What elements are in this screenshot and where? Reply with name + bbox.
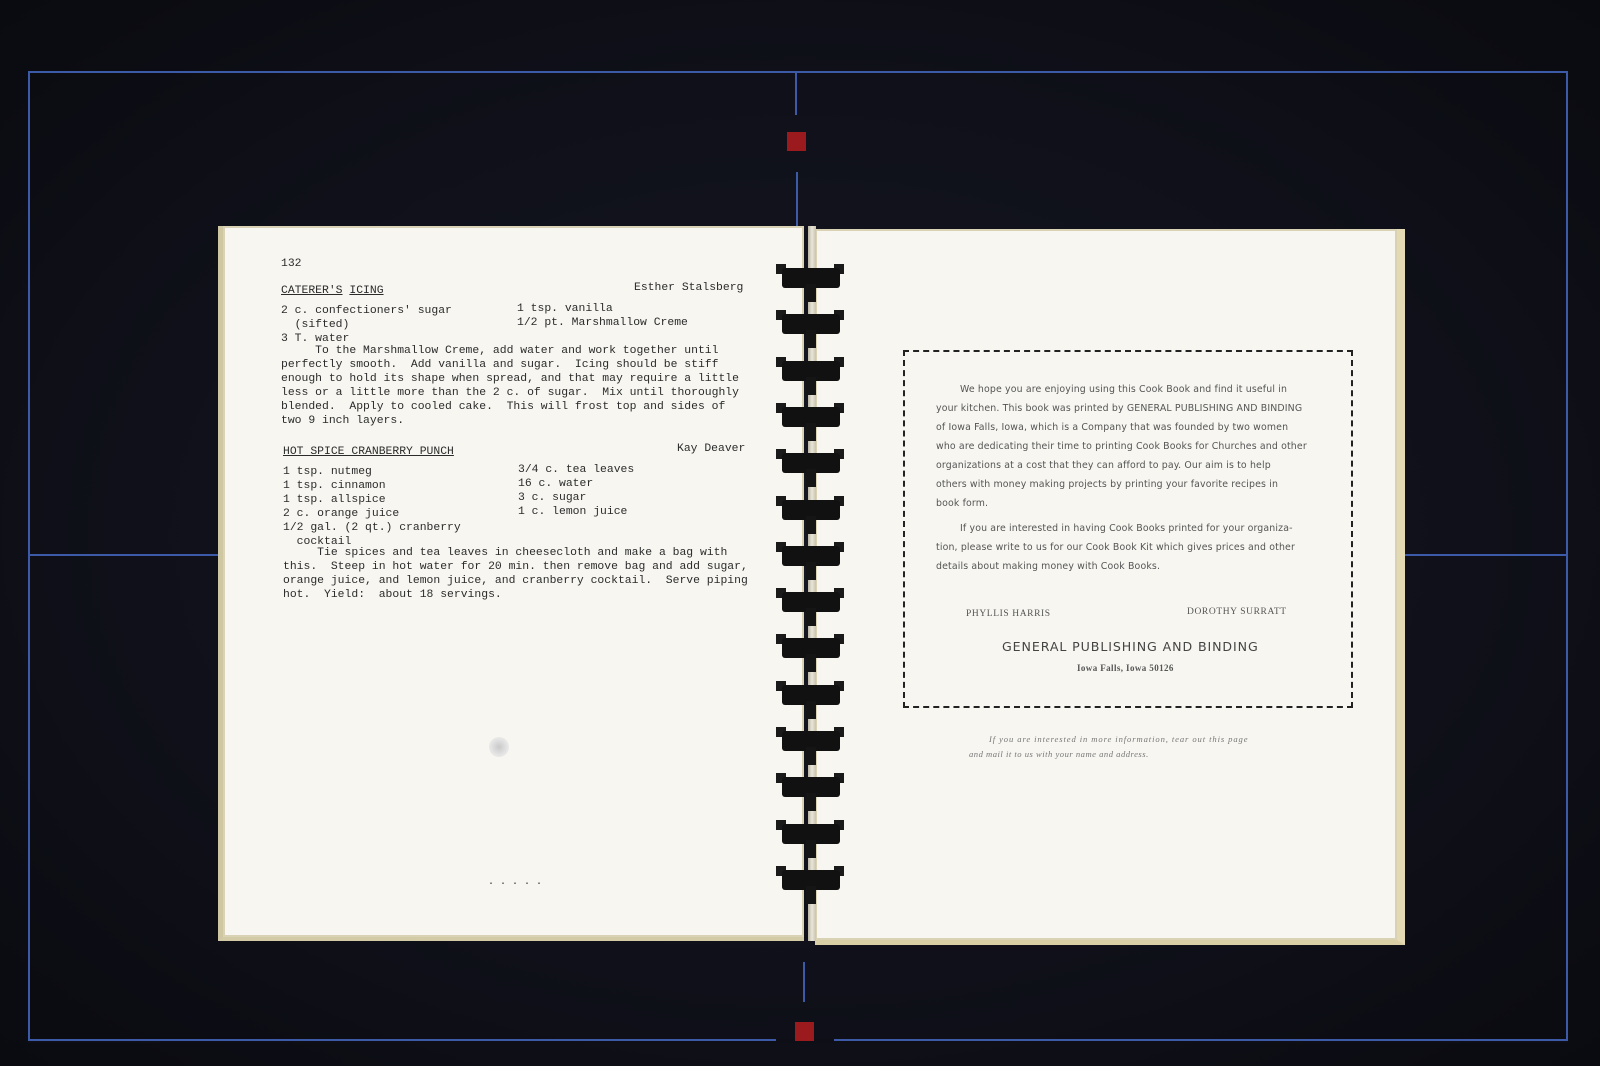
text-line: perfectly smooth. Add vanilla and sugar.… [281, 358, 718, 372]
page-number: 132 [281, 257, 302, 271]
guide-left-horizontal [29, 554, 219, 556]
message-line: your kitchen. This book was printed by G… [936, 399, 1302, 418]
recipe-author: Kay Deaver [677, 442, 745, 456]
text-line: orange juice, and lemon juice, and cranb… [283, 574, 748, 588]
text-line: (sifted) [281, 318, 349, 332]
recipe-title: CATERER'S ICING [281, 284, 384, 298]
spiral-coil [776, 773, 844, 803]
bottom-alignment-marker [795, 1022, 814, 1041]
company-address: Iowa Falls, Iowa 50126 [1077, 663, 1174, 673]
page-smudge [489, 737, 509, 757]
text-line: 1/2 gal. (2 qt.) cranberry [283, 521, 461, 535]
text-line: 3/4 c. tea leaves [518, 463, 634, 477]
message-line: tion, please write to us for our Cook Bo… [936, 538, 1295, 557]
message-line: We hope you are enjoying using this Cook… [960, 380, 1287, 399]
text-line: 2 c. confectioners' sugar [281, 304, 452, 318]
spiral-coil [776, 496, 844, 526]
text-line: Tie spices and tea leaves in cheesecloth… [283, 546, 727, 560]
text-line: 3 c. sugar [518, 491, 586, 505]
text-line: 1 tsp. cinnamon [283, 479, 386, 493]
company-name: GENERAL PUBLISHING AND BINDING [1002, 639, 1259, 654]
text-line: 16 c. water [518, 477, 593, 491]
message-line: who are dedicating their time to printin… [936, 437, 1307, 456]
message-line: others with money making projects by pri… [936, 475, 1278, 494]
text-line: 1 tsp. vanilla [517, 302, 613, 316]
recipe-author: Esther Stalsberg [634, 281, 743, 295]
spiral-coil [776, 542, 844, 572]
message-line: details about making money with Cook Boo… [936, 557, 1160, 576]
text-line: 2 c. orange juice [283, 507, 399, 521]
guide-bottom-vertical [803, 962, 805, 1002]
guide-bottom-right [834, 1039, 1568, 1041]
message-line: If you are interested in having Cook Boo… [960, 519, 1293, 538]
guide-top-vertical [795, 72, 797, 115]
spiral-coil [776, 681, 844, 711]
spiral-coil [776, 866, 844, 896]
spiral-coil [776, 588, 844, 618]
spiral-coil [776, 403, 844, 433]
text-line: 1 tsp. nutmeg [283, 465, 372, 479]
message-line: organizations at a cost that they can af… [936, 456, 1271, 475]
spiral-coil [776, 264, 844, 294]
guide-right-horizontal [1405, 554, 1567, 556]
spiral-coil [776, 727, 844, 757]
tear-note-line: If you are interested in more informatio… [989, 734, 1248, 744]
spiral-coil [776, 449, 844, 479]
text-line: enough to hold its shape when spread, an… [281, 372, 739, 386]
guide-bottom-left [28, 1039, 776, 1041]
text-line: 1/2 pt. Marshmallow Creme [517, 316, 688, 330]
text-line: blended. Apply to cooled cake. This will… [281, 400, 725, 414]
recipe-title: HOT SPICE CRANBERRY PUNCH [283, 445, 454, 459]
spiral-coil [776, 820, 844, 850]
top-alignment-marker [787, 132, 806, 151]
text-line: hot. Yield: about 18 servings. [283, 588, 502, 602]
guide-top-vertical-lower [796, 172, 798, 228]
text-line: 1 c. lemon juice [518, 505, 627, 519]
founder-name: DOROTHY SURRATT [1187, 607, 1287, 617]
text-line: To the Marshmallow Creme, add water and … [281, 344, 718, 358]
text-line: two 9 inch layers. [281, 414, 404, 428]
spiral-coil [776, 634, 844, 664]
text-line: 1 tsp. allspice [283, 493, 386, 507]
message-line: of Iowa Falls, Iowa, which is a Company … [936, 418, 1288, 437]
spiral-coil [776, 357, 844, 387]
end-mark: . . . . . [488, 876, 542, 890]
text-line: less or a little more than the 2 c. of s… [281, 386, 739, 400]
founder-name: PHYLLIS HARRIS [966, 609, 1051, 619]
text-line: this. Steep in hot water for 20 min. the… [283, 560, 748, 574]
spiral-coil [776, 310, 844, 340]
message-line: book form. [936, 494, 988, 513]
tear-note-line: and mail it to us with your name and add… [969, 749, 1149, 759]
